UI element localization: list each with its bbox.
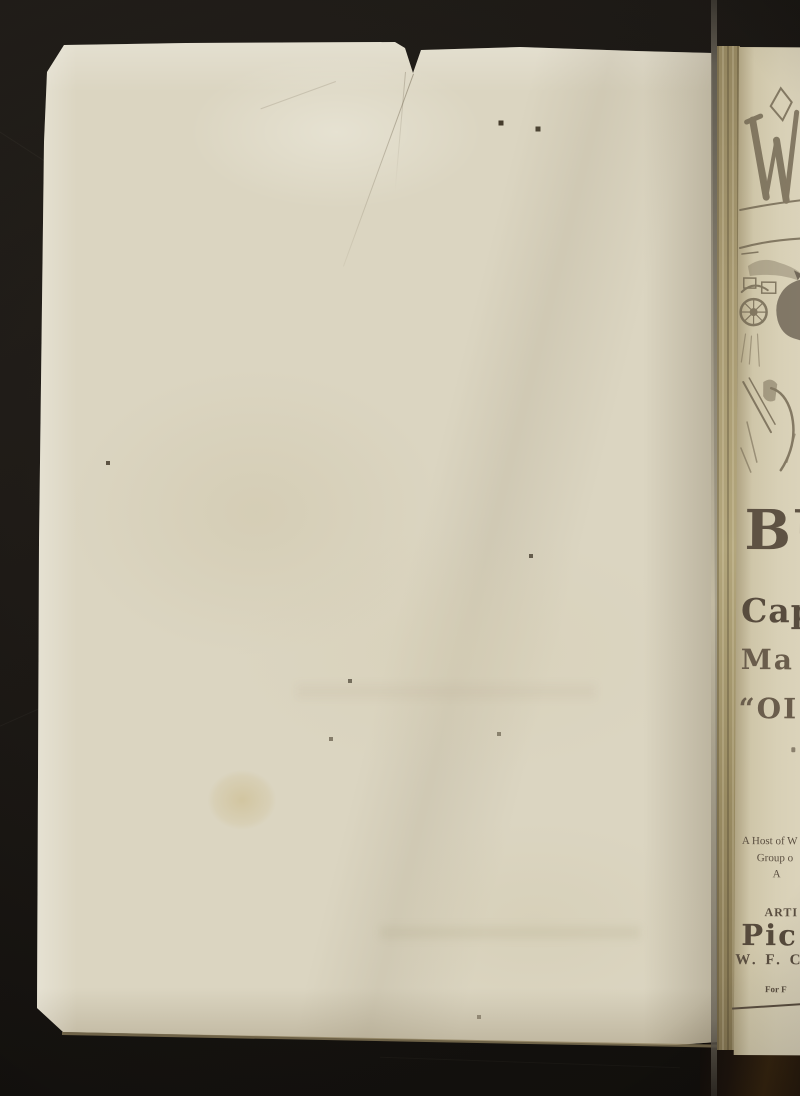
small-line-fragment: Group o xyxy=(757,853,793,864)
show-through-smudge xyxy=(296,684,596,699)
paper-crease xyxy=(395,72,406,192)
paper-crease xyxy=(260,81,336,109)
book-scan-photo: BU Cap Ma “OI A Host of W Group o A ARTI… xyxy=(0,0,800,1096)
blank-left-page xyxy=(36,42,718,1048)
background-scratch xyxy=(380,1057,680,1068)
ink-mark xyxy=(791,747,795,752)
footer-note-fragment: For F xyxy=(765,985,787,994)
paper-specks xyxy=(36,42,38,44)
small-line-fragment: A xyxy=(773,869,781,880)
artistic-line-fragment: ARTI xyxy=(764,906,798,918)
next-page-partial: BU Cap Ma “OI A Host of W Group o A ARTI… xyxy=(734,47,800,1055)
headline-fragment: BU xyxy=(744,502,800,558)
show-through-smudge xyxy=(380,926,640,939)
major-line-fragment: Ma xyxy=(741,646,794,674)
pictorial-line-fragment: Pic xyxy=(741,921,798,950)
footer-rule xyxy=(732,1003,800,1010)
old-line-fragment: “OI xyxy=(738,695,798,723)
cody-line-fragment: W. F. CO xyxy=(735,953,800,968)
captain-line-fragment: Cap xyxy=(741,594,800,627)
paper-crease xyxy=(343,74,414,267)
small-line-fragment: A Host of W xyxy=(742,836,798,847)
wild-west-engraving xyxy=(737,82,800,477)
